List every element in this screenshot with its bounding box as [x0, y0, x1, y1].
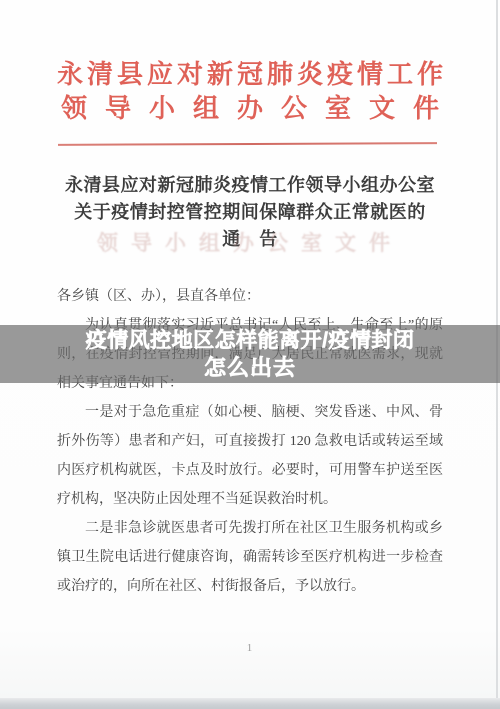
caption-overlay-band: 疫情风控地区怎样能离开/疫情封闭 怎么出去: [0, 325, 500, 383]
body-paragraph: 二是非急诊就医患者可先拨打所在社区卫生服务机构或乡镇卫生院电话进行健康咨询，确需…: [57, 514, 443, 601]
document-title-line2: 关于疫情封控管控期间保障群众正常就医的: [30, 199, 470, 226]
page-number: 1: [0, 642, 500, 654]
letterhead: 永清县应对新冠肺炎疫情工作 领导小组办公室文件: [0, 58, 500, 126]
letterhead-line2: 领导小组办公室文件: [0, 92, 500, 126]
salutation-line: 各乡镇（区、办），县直各单位：: [57, 282, 443, 311]
document-title: 永清县应对新冠肺炎疫情工作领导小组办公室 关于疫情封控管控期间保障群众正常就医的…: [30, 172, 470, 253]
letterhead-line1: 永清县应对新冠肺炎疫情工作: [0, 58, 500, 92]
caption-line1: 疫情风控地区怎样能离开/疫情封闭: [86, 327, 415, 354]
bottom-desk-edge: [0, 698, 500, 709]
caption-line2: 怎么出去: [204, 354, 296, 381]
document-title-line1: 永清县应对新冠肺炎疫情工作领导小组办公室: [30, 172, 470, 199]
scanned-document-screenshot: 永清县应对新冠肺炎疫情工作 领导小组办公室文件 永清县应对新冠肺炎疫情工作领导小…: [0, 0, 500, 709]
document-title-line3: 通 告: [30, 226, 470, 253]
body-paragraph: 一是对于急危重症（如心梗、脑梗、突发昏迷、中风、骨折外伤等）患者和产妇，可直接拨…: [57, 398, 443, 514]
